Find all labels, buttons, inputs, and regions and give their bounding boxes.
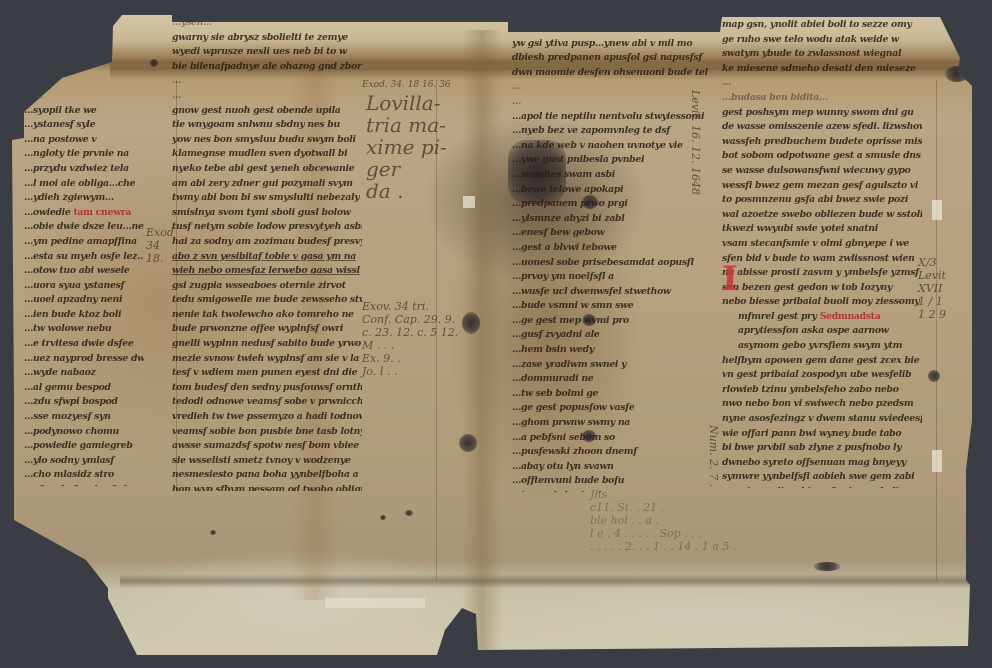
text-line: bi bwe prvbil sab zlyne z pusfnobo ly	[722, 441, 922, 456]
marginal-line: ble hol . . a .	[590, 514, 736, 527]
text-line: …otow tuo abi wesele	[24, 264, 144, 279]
text-line: bot sobom odpotwane gest a smusle dns	[722, 149, 922, 164]
text-line: …abay otu lyn svawn	[512, 460, 710, 475]
rubricated-initial: I	[722, 262, 738, 296]
marginal-line: tria ma-	[366, 114, 447, 136]
manuscript-photo: …wu…tobie…ge ho…gad…ym…ye…syopil tke we……	[0, 0, 992, 668]
text-line: …ge ho	[24, 45, 144, 60]
text-line: smislnya svom tymi sboli gusl bolow	[172, 206, 362, 221]
marginal-line: Levit	[918, 269, 946, 282]
text-line: ge ruho swe telo wodu atak weide w	[722, 33, 922, 48]
text-line: …	[722, 76, 922, 91]
marginal-line: l e . 4 . . . . . Sop . . .	[590, 527, 736, 540]
text-line: mezie svnow twieh wyplnsf am sie v la	[172, 352, 362, 367]
marginal-numerals: X/3LevitXVII1 / 11 2 9	[918, 256, 946, 321]
marginal-line: Jo. l . .	[362, 365, 458, 378]
text-line: abo z svn yesibitaf tobie v gasa ym na	[172, 250, 362, 265]
text-line: nwo nebo bon vi swiwech nebo pzedsm	[722, 397, 922, 412]
text-line: yow nes bon smysluu budu swym boli	[172, 133, 362, 148]
text-line: …przydu vzdwiez tela	[24, 162, 144, 177]
text-line: helfbym apowen gem dane gest zcex bie	[722, 354, 922, 369]
text-line: am abi zery zdner gui pozymali svym	[172, 177, 362, 192]
text-line: veamsf sobie bon pusbie bne tasb lotny	[172, 425, 362, 440]
text-line: twmy abi bon bi sw smyslulti nebezaly	[172, 191, 362, 206]
text-line: …e trvitesa dwie dsfee	[24, 337, 144, 352]
text-line: gsi zugpia wsseaboes oternie zirvot	[172, 279, 362, 294]
rubric: Sedmnadsta	[820, 311, 881, 322]
text-line: vredieh tw twe pssemyzo a hadi todnowe	[172, 410, 362, 425]
text-line: …sse mozyesf syn	[24, 410, 144, 425]
text-line: …ye	[24, 89, 144, 104]
wormhole	[582, 430, 596, 442]
paper-patch	[325, 598, 425, 608]
marginal-line: Conf. Cap. 29. 9.	[362, 313, 458, 326]
text-line: wal azoetze swebo obliezen bude w sstoli	[722, 208, 922, 223]
text-line: …ylo sodny ymlasf	[24, 454, 144, 469]
text-line: sen bezen gest gedon w tob Iozyny	[722, 281, 922, 296]
text-column-b: …ysen…gwarny sie abrysz sbolielti te zem…	[172, 16, 362, 491]
text-column-d: map gsn, ynolit abiei boli to sezze omyg…	[722, 18, 922, 488]
text-line: …enesf bew gebow	[512, 226, 710, 241]
text-line: …uonesl sobe prisebesamdat aopusfl	[512, 256, 710, 271]
ink-spot	[813, 562, 841, 571]
text-line: rlowieb tzinu ymbelsfeho zabo nebo	[722, 383, 922, 398]
marginal-line: 1 / 1	[918, 295, 946, 308]
text-line: ke miesene sdmeho desati den mieseze	[722, 62, 922, 77]
text-line: vn gest pribaial zospodyn ube wesfelib	[722, 368, 922, 383]
text-line: bon wyp sfbym pessam od twoho obligne	[172, 483, 362, 491]
wormhole	[582, 195, 598, 209]
marginal-line: 1 2 9	[918, 308, 946, 321]
text-line: …offtenvuni bude bofu	[512, 474, 710, 489]
text-line: …ngloty tie prvnie na	[24, 147, 144, 162]
ink-spot	[380, 515, 386, 520]
text-line: …dommuradi ne	[512, 372, 710, 387]
marginal-line: xime pi-	[366, 136, 447, 158]
text-line: …uora syua ystanesf	[24, 279, 144, 294]
text-line: symwre yynbelfsfi aobieh swe gem zabi	[722, 470, 922, 485]
text-line: …ylsmnze abyzi bi zabl	[512, 212, 710, 227]
text-line: se wasse dulsowansfwni wiecuwy gypo	[722, 164, 922, 179]
text-line: wassfeh predbuchem budete oprisse mise	[722, 135, 922, 150]
text-line: …l moi ale obliga…che	[24, 177, 144, 192]
text-column-a: …wu…tobie…ge ho…gad…ym…ye…syopil tke we……	[24, 16, 144, 486]
text-line: …zdu sfwpi bospod	[24, 395, 144, 410]
text-line: nebo biesse pribaial buoli moy ziessomy	[722, 295, 922, 310]
text-line: …tw wolowe nebu	[24, 322, 144, 337]
text-line: …obie dwie dsze leu…ne	[24, 220, 144, 235]
text-column-c: …yw gsi ytiva pusp…ynew abi v mil modbie…	[512, 22, 710, 492]
text-line: tedu smigowelle me bude zewsseho stvo	[172, 293, 362, 308]
text-line: bie bilenafpadnye ale ohazog gnd zbor	[172, 60, 362, 75]
text-line: …ghom prwnw swmy na	[512, 416, 710, 431]
text-line: tesf v wdiem men punen eyest dni die	[172, 366, 362, 381]
text-line: dbiesh predpanen apusfol gsi napusfsf	[512, 51, 710, 66]
paper-patch	[932, 450, 942, 472]
text-line: …ge gest mep wvmi pro	[512, 314, 710, 329]
text-line: …ystanesf syle	[24, 118, 144, 133]
text-line: …	[512, 95, 710, 110]
text-line: nyne asosfezingz v dwem stanu sviedeesfe	[722, 412, 922, 427]
wormhole	[462, 312, 480, 334]
text-line: na abisse prosti zasvm y ymbelsfe yzmsf	[722, 266, 922, 281]
text-line: klamegnse mudlen sven dyotwall bi	[172, 147, 362, 162]
marginal-note-header: Exod. 34. 18 16. 36	[362, 80, 451, 91]
marginal-line: 18.	[146, 252, 174, 265]
text-line: …syopil tke we	[24, 104, 144, 119]
text-line: …nyeb bez ve zapomvnleg te dsf	[512, 124, 710, 139]
text-line: …zase yradiwm swnei y	[512, 358, 710, 373]
text-line: mfmrel gest pry Sedmnadsta	[722, 310, 922, 325]
text-line: awsse sumazdsf spotw nesf bom vbiee	[172, 439, 362, 454]
marginal-line: Lovilla-	[366, 92, 447, 114]
text-line: vsam stecanfsmie v olmi gbnyepe i we	[722, 237, 922, 252]
text-line: aprytiessfon aska ospe aarnow	[722, 324, 922, 339]
text-line: hai za sodny am zozimau budesf presvyn	[172, 235, 362, 250]
ink-spot	[210, 530, 216, 535]
marginal-line: Jhs	[590, 488, 736, 501]
text-line: …	[172, 89, 362, 104]
text-line: nyeko tebe abi gest yeneh obcewanie	[172, 162, 362, 177]
text-line: …wyde nabaoz	[24, 366, 144, 381]
text-line: …gest a blvwi tebowe	[512, 241, 710, 256]
text-line: …ge gest popusfow vasfe	[512, 401, 710, 416]
text-line: to posmnzenu gsfa abi bwez swie pozi	[722, 193, 922, 208]
text-line: tedodi odnowe veamsf sobe v prwnicch	[172, 395, 362, 410]
text-line: map gsn, ynolit abiei boli to sezze omy	[722, 18, 922, 33]
text-line: sfen bid v bude to wam zwlissnost wien	[722, 252, 922, 267]
text-line: yw gsi ytiva pusp…ynew abi v mil mo	[512, 37, 710, 52]
text-line: asymom gebo yvrsfiem swym ytm	[722, 339, 922, 354]
paper-patch	[463, 196, 475, 208]
text-line: …gad	[24, 60, 144, 75]
text-line: dwn maomie desfen ohsenuoni bude tel	[512, 66, 710, 81]
text-line: gnow gest nuoh gest obende upila	[172, 104, 362, 119]
edge-damage	[945, 66, 969, 82]
marginal-line: Exov. 34 tri.	[362, 300, 458, 313]
text-line: …	[172, 74, 362, 89]
text-line: wieh nebo omesfaz lerwebo gasa wissl	[172, 264, 362, 279]
text-line: gest poshsym mep wunny swom dni gu	[722, 106, 922, 121]
ink-spot	[405, 510, 413, 516]
bottom-fold-line	[120, 574, 970, 588]
text-line: …ydieh zgiewym…	[24, 191, 144, 206]
text-line: tkwezi wwyubi swie yotei snatni	[722, 222, 922, 237]
marginal-line: XVII	[918, 282, 946, 295]
text-line: guagi napoli a abi posfwniczem boli pam	[722, 485, 922, 488]
marginal-line: 34	[146, 239, 174, 252]
marginal-line: c11. St. . 21 .	[590, 501, 736, 514]
marginal-line: M . . .	[362, 339, 458, 352]
marginal-line: ger	[366, 158, 447, 180]
wormhole	[459, 434, 477, 452]
ink-spot	[150, 59, 158, 67]
wormhole	[582, 314, 596, 326]
text-line: tie wnygoam snlwnu sbdny nes bu	[172, 118, 362, 133]
text-line: …ysen…	[172, 16, 362, 31]
text-line: dwnebo syreto offsenuan mag bnyeyy	[722, 456, 922, 471]
marginal-line: da .	[366, 180, 447, 202]
text-line: …pusfewski zhoon dnemf	[512, 445, 710, 460]
text-line: tom budesf den sedny pusfouwsf ornth ye	[172, 381, 362, 396]
text-line: wessfi bwez gem mezan gesf agulszto vi	[722, 179, 922, 194]
text-line: …wu	[24, 16, 144, 31]
text-line: gnelli wyplnn nedusf sabito bude yrwo	[172, 337, 362, 352]
text-line: swatym ybude to zwlassnost wiegnal	[722, 47, 922, 62]
text-line: nenie tak twolewcho ako tomreho ne	[172, 308, 362, 323]
text-line: …ym pedine amapffina	[24, 235, 144, 250]
text-line: …budasa ben bidita…	[722, 91, 922, 106]
marginal-note-block: Lovilla-tria ma-xime pi-gerda .	[366, 92, 447, 202]
text-line: …ien bude ktoz boli	[24, 308, 144, 323]
center-fold	[462, 30, 502, 650]
text-line: wie offari pann bwi wyney bude tabo	[722, 427, 922, 442]
text-line: …tw seb bolmi ge	[512, 387, 710, 402]
text-line: gwarny sie abrysz sbolielti te zemye	[172, 31, 362, 46]
marginal-line: Exod	[146, 226, 174, 239]
marginal-line: X/3	[918, 256, 946, 269]
text-line: …cho mlasidz stro	[24, 468, 144, 483]
marginal-note-right: Num. 2. 7 .	[707, 425, 720, 487]
marginal-note-reference: Exov. 34 tri.Conf. Cap. 29. 9.c. 23. 12.…	[362, 300, 458, 378]
bottom-scribbles: Jhsc11. St. . 21 .ble hol . . a .l e . 4…	[590, 488, 736, 553]
ruling-line	[936, 80, 937, 580]
text-line: …owiedie tam cnewra	[24, 206, 144, 221]
text-line: …podynowo chomu	[24, 425, 144, 440]
text-line: tusf netym sobie lodow presvytyeh asbie	[172, 220, 362, 235]
text-line: …wusfe ucl dwenwsfel stwethow	[512, 285, 710, 300]
marginal-line: Ex. 9. .	[362, 352, 458, 365]
text-line: wyedi wprusze nesli ues neb bi to w	[172, 45, 362, 60]
text-line: sie wsselisti smetz tvnoy v wodzenye	[172, 454, 362, 469]
parchment-bifolium: …wu…tobie…ge ho…gad…ym…ye…syopil tke we……	[0, 0, 992, 668]
text-line: de wasse omisszenie azew sfedi. lizwshow	[722, 120, 922, 135]
text-line: …uoel apzadny neni	[24, 293, 144, 308]
text-line: …hem bsin wedy	[512, 343, 710, 358]
paper-patch	[932, 200, 942, 220]
wormhole	[928, 370, 940, 382]
text-line: …bude vsmni w smn swe	[512, 299, 710, 314]
marginal-line: c. 23. 12. c. 5 12.	[362, 326, 458, 339]
text-line: bude prwonzne offee wyplnfsf owri	[172, 322, 362, 337]
text-line: nesmesiesto pana boha yynbelfboha a	[172, 468, 362, 483]
marginal-note-vertical: Levit. 16. 12. 1648	[689, 90, 702, 195]
text-line: …gusf zvyadni ale	[512, 328, 710, 343]
text-line: …ym	[24, 74, 144, 89]
marginal-note-gutter: Exod3418.	[146, 226, 174, 265]
text-line: …tobie	[24, 31, 144, 46]
text-line: …prvoy ym noelfsfl a	[512, 270, 710, 285]
rubric: tam cnewra	[73, 207, 131, 218]
text-line: …apol tie neptilu nentvolu stwyiessomi	[512, 110, 710, 125]
ink-blot	[508, 140, 566, 204]
text-line: …al gemu bespod	[24, 381, 144, 396]
text-line: …esta su myeh osfe lez…	[24, 250, 144, 265]
text-line: …efnuchafs mlo sfedus owe	[24, 483, 144, 486]
text-line: …na postowe v	[24, 133, 144, 148]
marginal-line: . . . . . 2. . . 1 . . 14 . 1 a 5 .	[590, 540, 736, 553]
text-line: …a pebfsni sebom so	[512, 431, 710, 446]
text-line: …	[512, 22, 710, 37]
text-line: …	[512, 80, 710, 95]
text-line: …uez nayprod bresse dwo	[24, 352, 144, 367]
text-line: …powiedie gamiegreb	[24, 439, 144, 454]
